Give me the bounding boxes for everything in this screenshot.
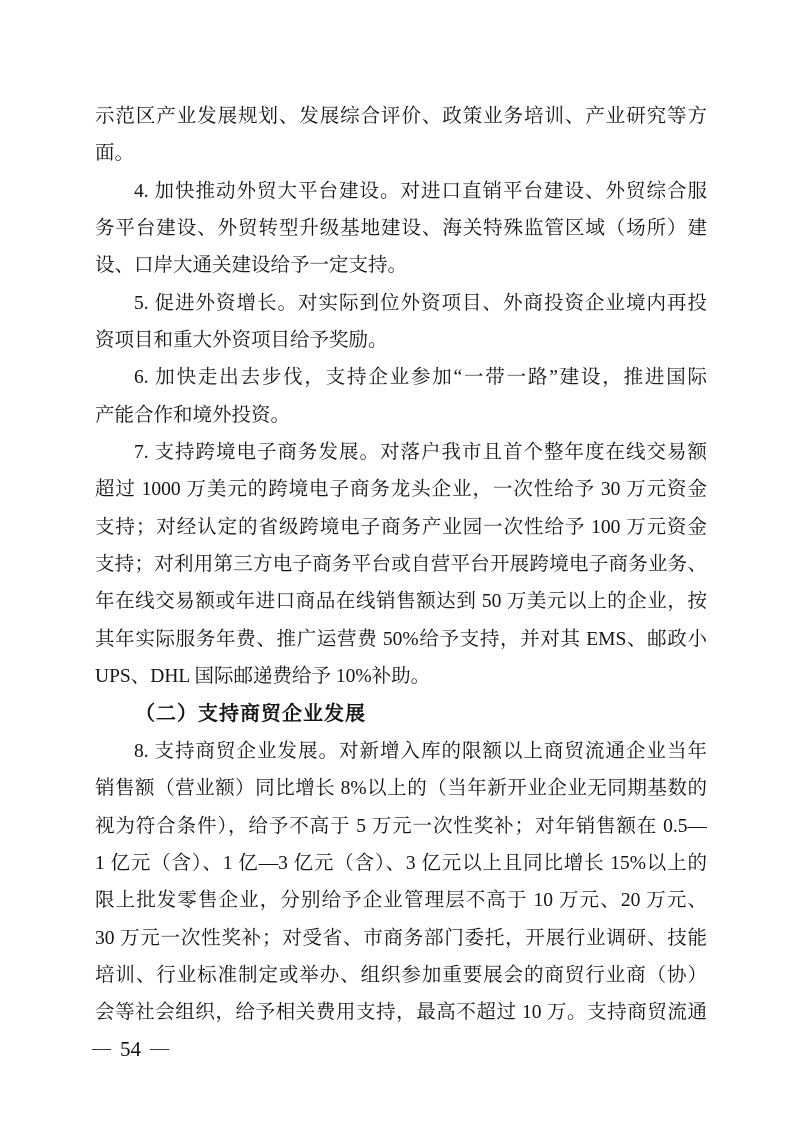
- text-line: 6. 加快走出去步伐，支持企业参加“一带一路”建设，推进国际: [95, 359, 707, 396]
- text-line: 超过 1000 万美元的跨境电子商务龙头企业，一次性给予 30 万元资金: [95, 471, 707, 508]
- document-body: 示范区产业发展规划、发展综合评价、政策业务培训、产业研究等方面。4. 加快推动外…: [95, 98, 707, 1032]
- text-line: 示范区产业发展规划、发展综合评价、政策业务培训、产业研究等方: [95, 98, 707, 135]
- text-line: UPS、DHL 国际邮递费给予 10%补助。: [95, 658, 707, 695]
- footer-dash-right: —: [150, 1035, 169, 1063]
- text-line: 1 亿元（含）、1 亿—3 亿元（含）、3 亿元以上且同比增长 15%以上的: [95, 845, 707, 882]
- text-line: 会等社会组织，给予相关费用支持，最高不超过 10 万。支持商贸流通: [95, 994, 707, 1031]
- text-line: 资项目和重大外资项目给予奖励。: [95, 322, 707, 359]
- text-line: 5. 促进外资增长。对实际到位外资项目、外商投资企业境内再投: [95, 285, 707, 322]
- text-line: 8. 支持商贸企业发展。对新增入库的限额以上商贸流通企业当年: [95, 733, 707, 770]
- text-line: 务平台建设、外贸转型升级基地建设、海关特殊监管区域（场所）建: [95, 210, 707, 247]
- text-line: 4. 加快推动外贸大平台建设。对进口直销平台建设、外贸综合服: [95, 173, 707, 210]
- text-line: 年在线交易额或年进口商品在线销售额达到 50 万美元以上的企业，按: [95, 583, 707, 620]
- text-line: 销售额（营业额）同比增长 8%以上的（当年新开业企业无同期基数的: [95, 770, 707, 807]
- footer: — 54 —: [92, 1035, 169, 1063]
- text-line: 限上批发零售企业，分别给予企业管理层不高于 10 万元、20 万元、: [95, 882, 707, 919]
- text-line: 设、口岸大通关建设给予一定支持。: [95, 247, 707, 284]
- text-line: 其年实际服务年费、推广运营费 50%给予支持，并对其 EMS、邮政小包、: [95, 621, 707, 658]
- text-line: 7. 支持跨境电子商务发展。对落户我市且首个整年度在线交易额: [95, 434, 707, 471]
- text-line: 支持；对利用第三方电子商务平台或自营平台开展跨境电子商务业务、: [95, 546, 707, 583]
- footer-dash-left: —: [92, 1035, 111, 1063]
- text-line: 视为符合条件），给予不高于 5 万元一次性奖补；对年销售额在 0.5—: [95, 808, 707, 845]
- page-number: 54: [120, 1035, 141, 1063]
- text-line: 面。: [95, 135, 707, 172]
- section-heading: （二）支持商贸企业发展: [95, 696, 707, 733]
- text-line: 产能合作和境外投资。: [95, 397, 707, 434]
- document-page: 示范区产业发展规划、发展综合评价、政策业务培训、产业研究等方面。4. 加快推动外…: [0, 0, 793, 1122]
- text-line: 30 万元一次性奖补；对受省、市商务部门委托，开展行业调研、技能: [95, 920, 707, 957]
- text-line: 培训、行业标准制定或举办、组织参加重要展会的商贸行业商（协）: [95, 957, 707, 994]
- text-line: 支持；对经认定的省级跨境电子商务产业园一次性给予 100 万元资金: [95, 509, 707, 546]
